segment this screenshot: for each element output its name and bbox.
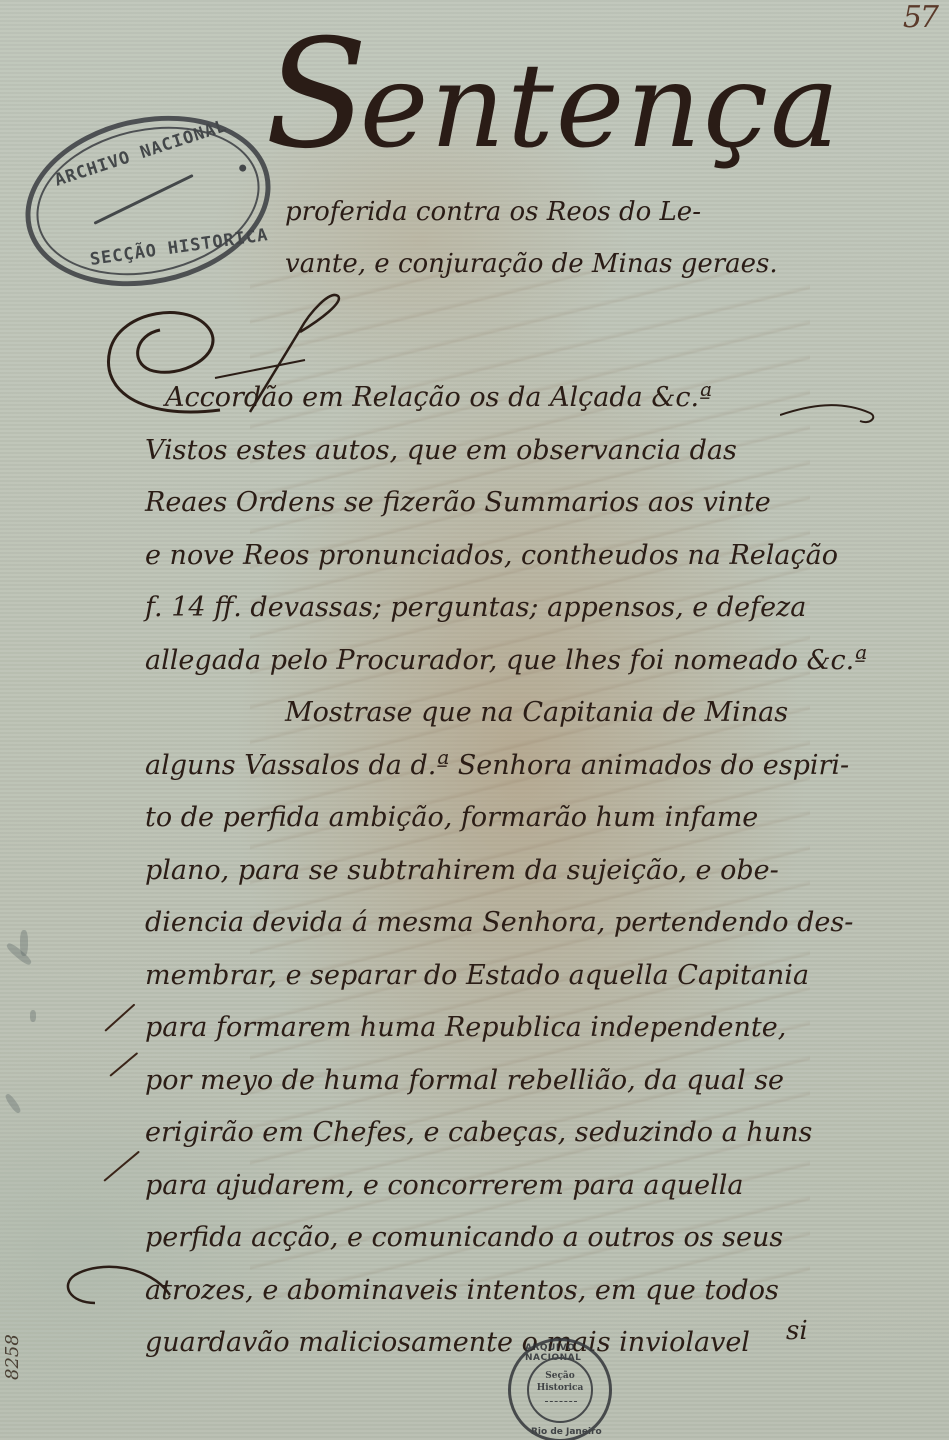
body-line: to de perfida ambição, formarão hum infa… [145, 792, 835, 845]
stamp-arc-top-text: ARQUIVO NACIONAL [525, 1343, 609, 1363]
paper-stain [20, 930, 28, 956]
document-subtitle: proferida contra os Reos do Le- vante, e… [285, 186, 785, 290]
manuscript-page: 57 ARCHIVO NACIONAL SECÇÃO HISTORICA Sen… [0, 0, 949, 1440]
body-line: Mostrase que na Capitania de Minas [145, 687, 835, 740]
document-title: Sentença [265, 20, 841, 170]
body-line: diencia devida á mesma Senhora, pertende… [145, 897, 835, 950]
folio-number: 57 [903, 0, 937, 35]
subtitle-line: vante, e conjuração de Minas geraes. [285, 238, 785, 290]
body-line: alguns Vassalos da d.ª Senhora animados … [145, 740, 835, 793]
body-line: allegada pelo Procurador, que lhes foi n… [145, 635, 835, 688]
body-line: por meyo de huma formal rebellião, da qu… [145, 1055, 835, 1108]
body-line: Accordão em Relação os da Alçada &c.ª [145, 372, 835, 425]
paper-stain [4, 1092, 22, 1114]
pen-descender-stroke [104, 1003, 135, 1031]
body-line: e nove Reos pronunciados, contheudos na … [145, 530, 835, 583]
margin-catalogue-number: 8258 [2, 1334, 23, 1380]
pen-descender-stroke [109, 1052, 138, 1077]
paper-stain [30, 1010, 36, 1022]
body-line: plano, para se subtrahirem da sujeição, … [145, 845, 835, 898]
stamp-dashed-line [545, 1401, 577, 1402]
title-rest: entença [360, 39, 841, 174]
body-line: perfida acção, e comunicando a outros os… [145, 1212, 835, 1265]
archivo-nacional-oval-stamp: ARCHIVO NACIONAL SECÇÃO HISTORICA [9, 94, 286, 308]
body-line: Reaes Ordens se fizerão Summarios aos vi… [145, 477, 835, 530]
title-initial: S [265, 8, 370, 182]
body-line: Vistos estes autos, que em observancia d… [145, 425, 835, 478]
stamp-center-line-1: Seção [511, 1371, 609, 1381]
arquivo-nacional-round-stamp: ARQUIVO NACIONAL Seção Historica Rio de … [508, 1338, 612, 1440]
body-line: membrar, e separar do Estado aquella Cap… [145, 950, 835, 1003]
body-line: guardavão maliciosamente o mais inviolav… [145, 1317, 835, 1370]
manuscript-body: Accordão em Relação os da Alçada &c.ª Vi… [145, 372, 835, 1370]
stamp-arc-bottom-text: Rio de Janeiro [531, 1427, 602, 1437]
paper-stain [5, 941, 33, 966]
subtitle-line: proferida contra os Reos do Le- [285, 186, 785, 238]
body-line: erigirão em Chefes, e cabeças, seduzindo… [145, 1107, 835, 1160]
body-line: para ajudarem, e concorrerem para aquell… [145, 1160, 835, 1213]
body-line: para formarem huma Republica independent… [145, 1002, 835, 1055]
body-line: f. 14 ff. devassas; perguntas; appensos,… [145, 582, 835, 635]
stamp-center-line-2: Historica [511, 1383, 609, 1393]
catchword: si [786, 1316, 808, 1346]
body-line: atrozes, e abominaveis intentos, em que … [145, 1265, 835, 1318]
stamp-inner-border [22, 107, 273, 295]
pen-descender-stroke [103, 1151, 140, 1182]
